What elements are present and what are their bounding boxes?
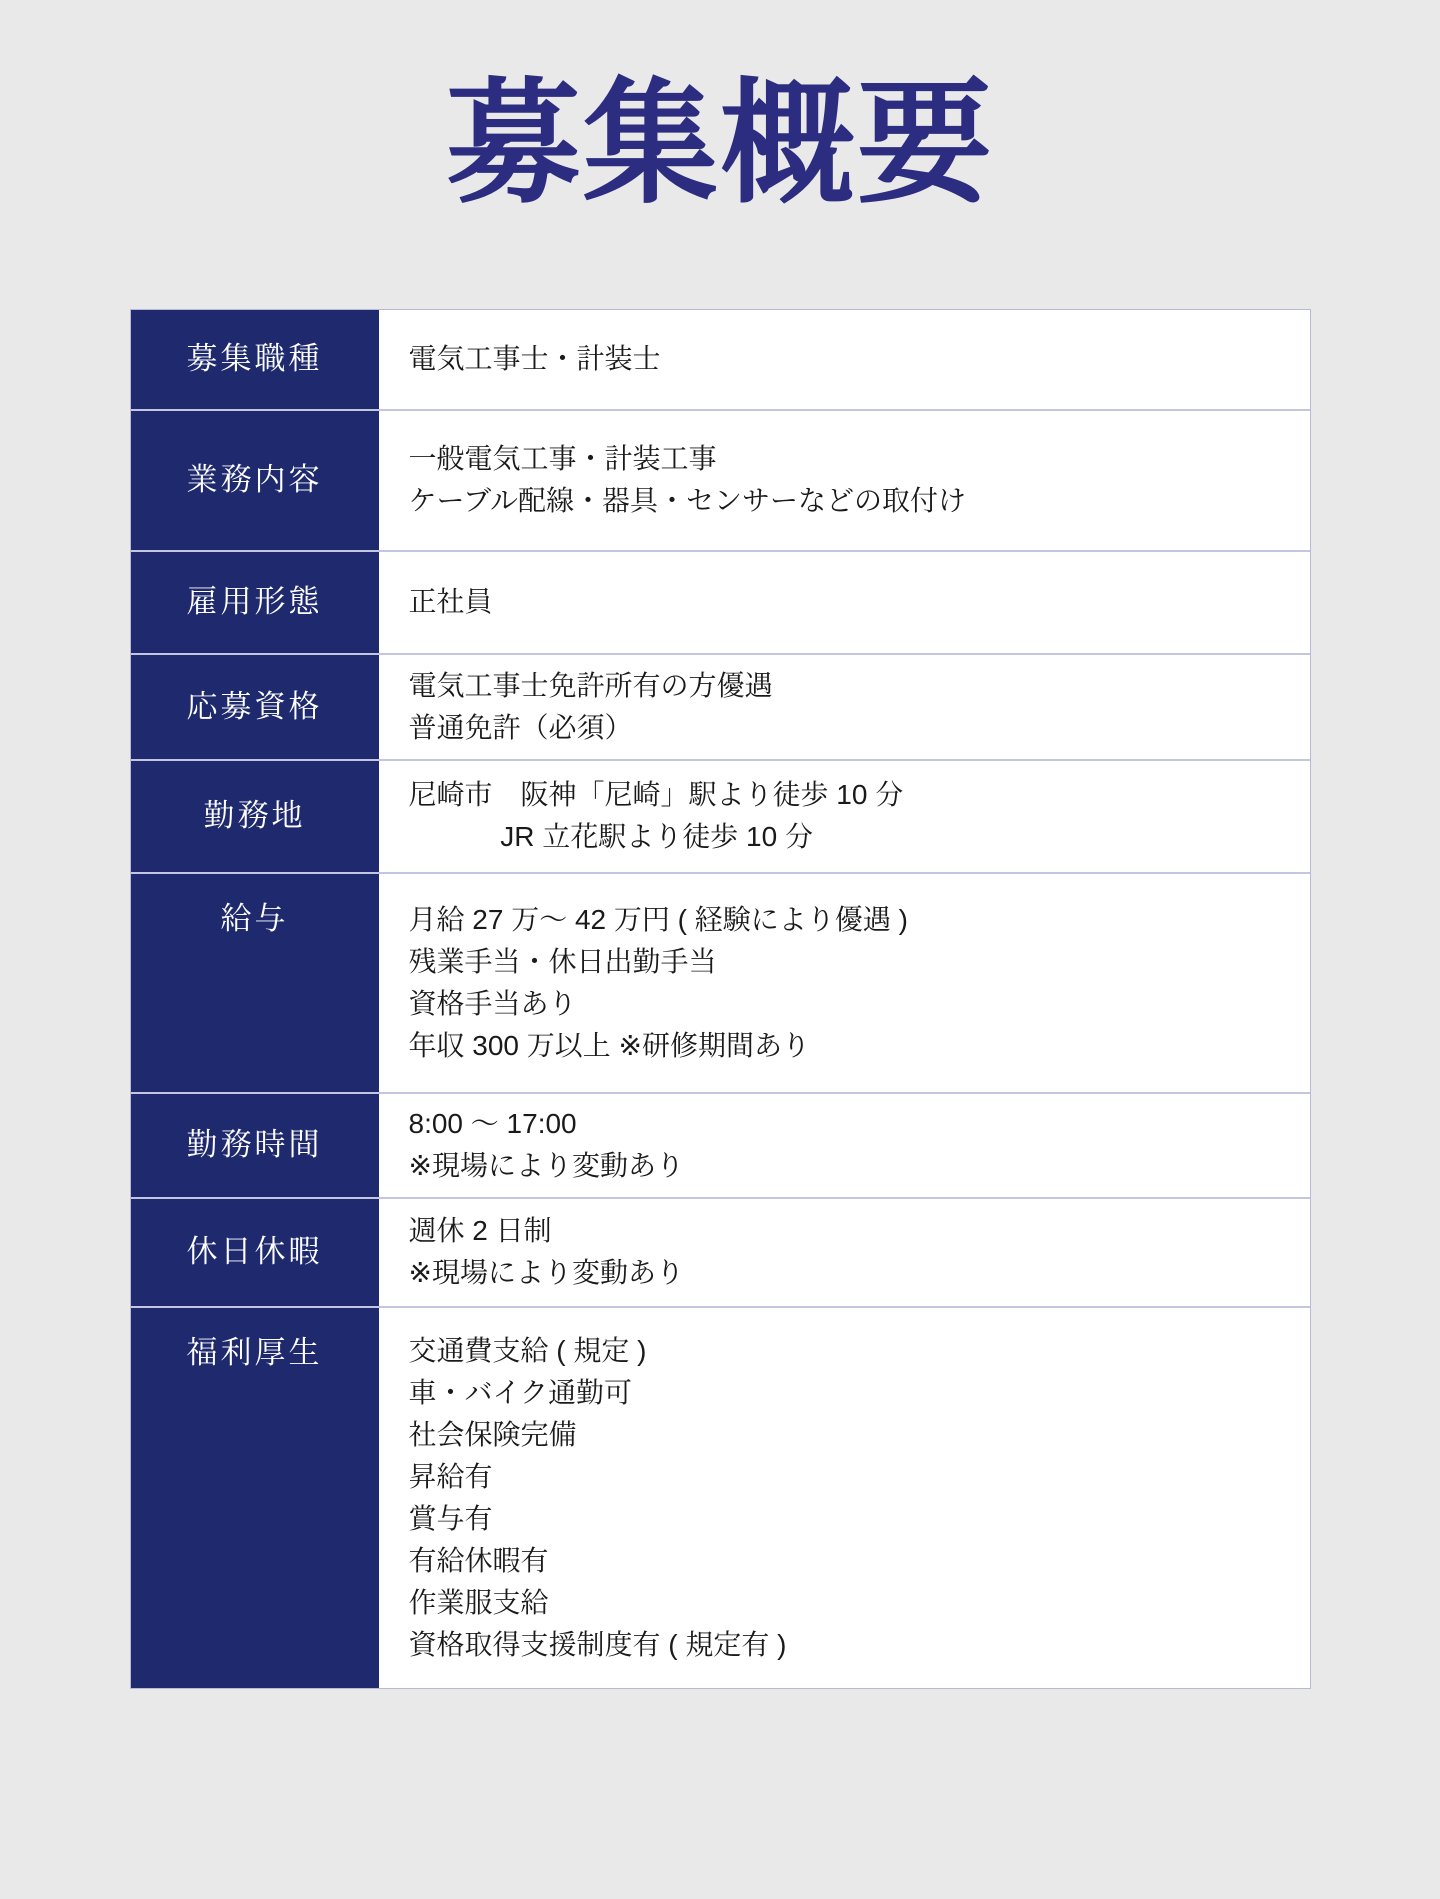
row-content: 正社員	[379, 552, 1310, 653]
table-row-benefits: 福利厚生 交通費支給 ( 規定 ) 車・バイク通勤可 社会保険完備 昇給有 賞与…	[131, 1308, 1310, 1688]
table-row-working-hours: 勤務時間 8:00 〜 17:00 ※現場により変動あり	[131, 1094, 1310, 1199]
row-label: 雇用形態	[131, 552, 379, 653]
row-label: 休日休暇	[131, 1199, 379, 1306]
content-line: 普通免許（必須）	[409, 707, 1280, 749]
content-line: 電気工事士免許所有の方優遇	[409, 665, 1280, 707]
row-content: 交通費支給 ( 規定 ) 車・バイク通勤可 社会保険完備 昇給有 賞与有 有給休…	[379, 1308, 1310, 1688]
table-row-job-type: 募集職種 電気工事士・計装士	[131, 310, 1310, 411]
content-line: JR 立花駅より徒歩 10 分	[409, 816, 1280, 858]
table-row-salary: 給与 月給 27 万〜 42 万円 ( 経験により優遇 ) 残業手当・休日出勤手…	[131, 874, 1310, 1094]
content-line: 社会保険完備	[409, 1414, 1280, 1456]
content-line: 有給休暇有	[409, 1540, 1280, 1582]
table-row-work-location: 勤務地 尼崎市 阪神「尼崎」駅より徒歩 10 分 JR 立花駅より徒歩 10 分	[131, 761, 1310, 874]
table-row-employment-type: 雇用形態 正社員	[131, 552, 1310, 655]
content-line: 資格手当あり	[409, 983, 1280, 1025]
content-line: ※現場により変動あり	[409, 1252, 1280, 1294]
table-row-job-description: 業務内容 一般電気工事・計装工事 ケーブル配線・器具・センサーなどの取付け	[131, 411, 1310, 552]
content-line: 昇給有	[409, 1456, 1280, 1498]
table-row-holidays: 休日休暇 週休 2 日制 ※現場により変動あり	[131, 1199, 1310, 1308]
content-line: 尼崎市 阪神「尼崎」駅より徒歩 10 分	[409, 774, 1280, 816]
content-line: 作業服支給	[409, 1582, 1280, 1624]
content-line: 8:00 〜 17:00	[409, 1103, 1280, 1145]
content-line: ※現場により変動あり	[409, 1145, 1280, 1187]
content-line: 年収 300 万以上 ※研修期間あり	[409, 1025, 1280, 1067]
content-line: 一般電気工事・計装工事	[409, 438, 1280, 480]
content-line: 車・バイク通勤可	[409, 1372, 1280, 1414]
table-row-qualifications: 応募資格 電気工事士免許所有の方優遇 普通免許（必須）	[131, 655, 1310, 761]
row-content: 尼崎市 阪神「尼崎」駅より徒歩 10 分 JR 立花駅より徒歩 10 分	[379, 761, 1310, 872]
page-title: 募集概要	[0, 70, 1440, 219]
content-line: 賞与有	[409, 1498, 1280, 1540]
row-content: 週休 2 日制 ※現場により変動あり	[379, 1199, 1310, 1306]
row-label: 業務内容	[131, 411, 379, 550]
row-content: 電気工事士・計装士	[379, 310, 1310, 409]
row-content: 8:00 〜 17:00 ※現場により変動あり	[379, 1094, 1310, 1197]
row-label: 勤務地	[131, 761, 379, 872]
content-line: 交通費支給 ( 規定 )	[409, 1330, 1280, 1372]
content-line: ケーブル配線・器具・センサーなどの取付け	[409, 480, 1280, 522]
content-line: 残業手当・休日出勤手当	[409, 941, 1280, 983]
content-line: 正社員	[409, 581, 1280, 623]
row-label: 福利厚生	[131, 1308, 379, 1688]
recruitment-overview-table: 募集職種 電気工事士・計装士 業務内容 一般電気工事・計装工事 ケーブル配線・器…	[130, 309, 1311, 1689]
content-line: 電気工事士・計装士	[409, 338, 1280, 380]
content-line: 月給 27 万〜 42 万円 ( 経験により優遇 )	[409, 899, 1280, 941]
content-line: 資格取得支援制度有 ( 規定有 )	[409, 1624, 1280, 1666]
row-label: 給与	[131, 874, 379, 1092]
row-label: 勤務時間	[131, 1094, 379, 1197]
row-content: 電気工事士免許所有の方優遇 普通免許（必須）	[379, 655, 1310, 759]
row-label: 応募資格	[131, 655, 379, 759]
row-content: 月給 27 万〜 42 万円 ( 経験により優遇 ) 残業手当・休日出勤手当 資…	[379, 874, 1310, 1092]
content-line: 週休 2 日制	[409, 1210, 1280, 1252]
row-label: 募集職種	[131, 310, 379, 409]
row-content: 一般電気工事・計装工事 ケーブル配線・器具・センサーなどの取付け	[379, 411, 1310, 550]
